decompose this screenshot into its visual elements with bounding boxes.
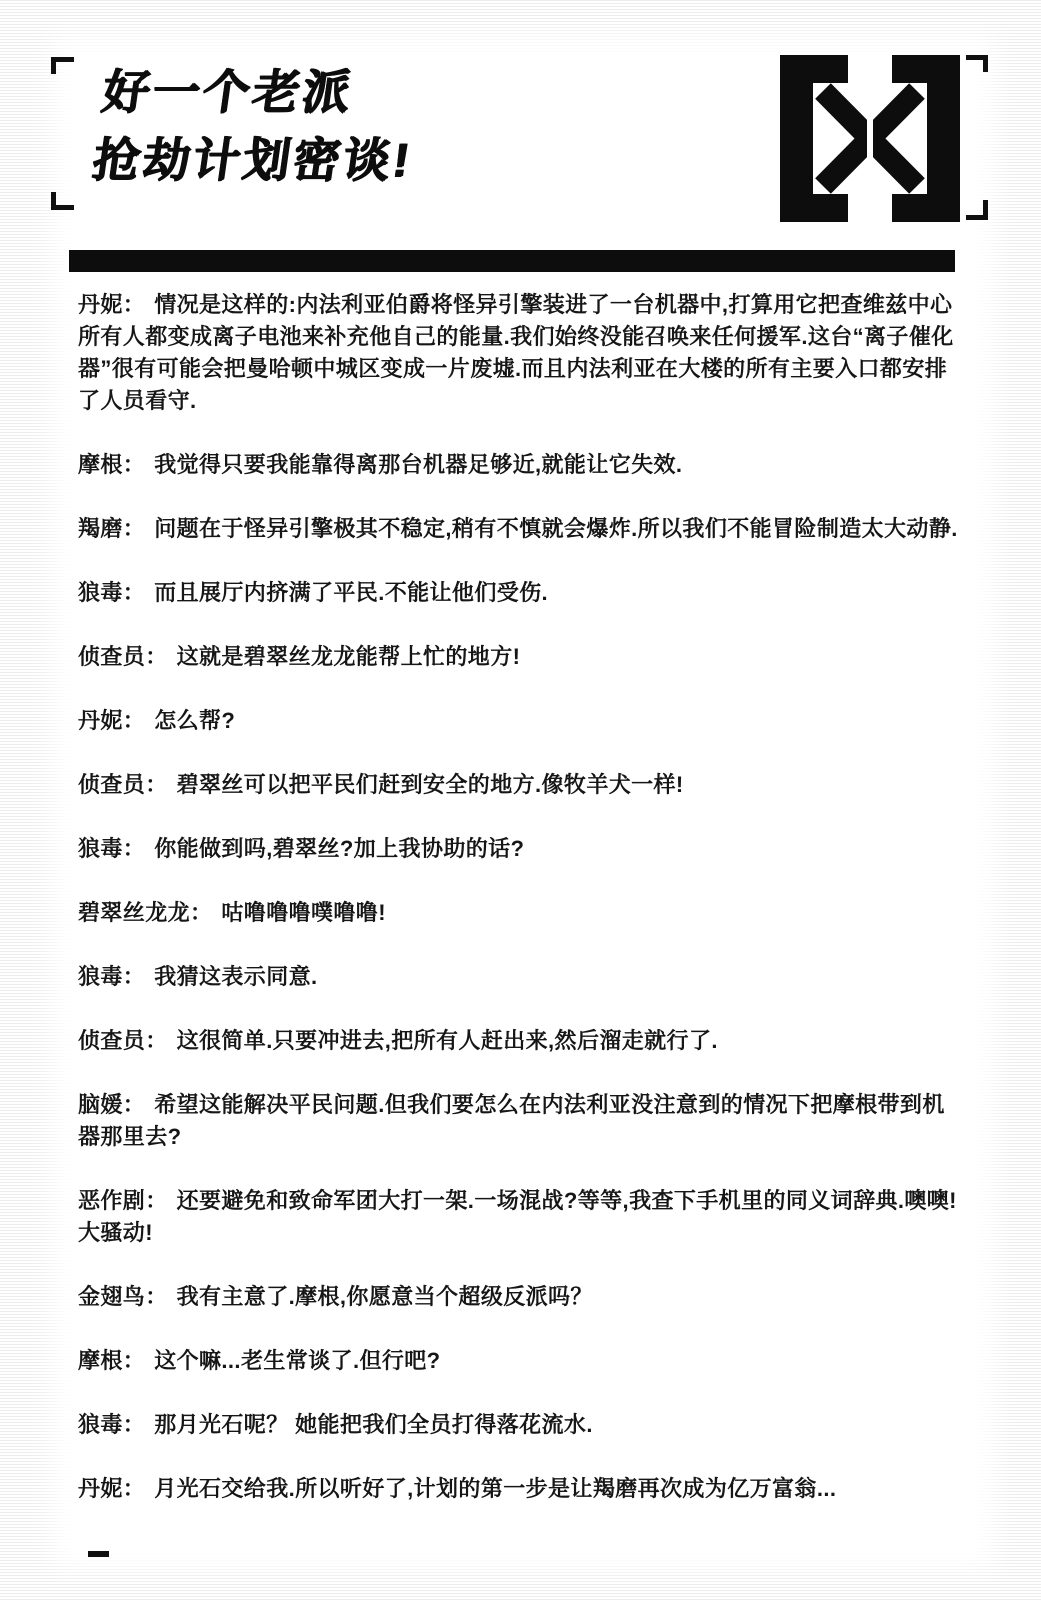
corner-bracket-bottom-left (51, 192, 74, 210)
divider-bar (69, 250, 955, 272)
corner-bracket-bottom-right (966, 200, 988, 220)
page-title: 好一个老派抢劫计划密谈! (88, 58, 426, 194)
dialogue-text: 碧翠丝可以把平民们赶到安全的地方.像牧羊犬一样! (177, 772, 684, 797)
speaker-name: 侦查员： (78, 1028, 168, 1053)
speaker-name: 侦查员： (78, 772, 168, 797)
dialogue-paragraph: 脑媛：希望这能解决平民问题.但我们要怎么在内法利亚没注意到的情况下把摩根带到机器… (78, 1089, 967, 1153)
page-title-line1: 好一个老派 (99, 65, 356, 118)
speaker-name: 狼毒： (78, 836, 145, 861)
dialogue-text: 问题在于怪异引擎极其不稳定,稍有不慎就会爆炸.所以我们不能冒险制造太大动静. (154, 516, 958, 541)
dialogue-text: 你能做到吗,碧翠丝?加上我协助的话? (154, 836, 524, 861)
dialogue-paragraph: 狼毒：我猜这表示同意. (78, 961, 967, 993)
speaker-name: 羯磨： (78, 516, 145, 541)
speaker-name: 狼毒： (78, 580, 145, 605)
dialogue-list: 丹妮：情况是这样的:内法利亚伯爵将怪异引擎装进了一台机器中,打算用它把查维兹中心… (78, 289, 967, 1537)
dialogue-paragraph: 狼毒：你能做到吗,碧翠丝?加上我协助的话? (78, 833, 967, 865)
dialogue-paragraph: 狼毒：那月光石呢？ 她能把我们全员打得落花流水. (78, 1409, 967, 1441)
dialogue-paragraph: 金翅鸟：我有主意了.摩根,你愿意当个超级反派吗？ (78, 1281, 967, 1313)
dialogue-text: 情况是这样的:内法利亚伯爵将怪异引擎装进了一台机器中,打算用它把查维兹中心所有人… (78, 292, 954, 413)
speaker-name: 脑媛： (78, 1092, 145, 1117)
speaker-name: 侦查员： (78, 644, 168, 669)
dialogue-text: 这就是碧翠丝龙龙能帮上忙的地方! (177, 644, 521, 669)
speaker-name: 金翅鸟： (78, 1284, 168, 1309)
speaker-name: 碧翠丝龙龙： (78, 900, 212, 925)
speaker-name: 丹妮： (78, 1476, 145, 1501)
dialogue-paragraph: 狼毒：而且展厅内挤满了平民.不能让他们受伤. (78, 577, 967, 609)
document-page: 好一个老派抢劫计划密谈! 丹妮：情况是这样的:内法利亚伯爵将怪异引擎装进了一台机… (0, 0, 1041, 1600)
dialogue-text: 月光石交给我.所以听好了,计划的第一步是让羯磨再次成为亿万富翁... (154, 1476, 836, 1501)
speaker-name: 恶作剧： (78, 1188, 168, 1213)
dialogue-paragraph: 丹妮：情况是这样的:内法利亚伯爵将怪异引擎装进了一台机器中,打算用它把查维兹中心… (78, 289, 967, 417)
speaker-name: 狼毒： (78, 964, 145, 989)
dialogue-paragraph: 碧翠丝龙龙：咕噜噜噜噗噜噜! (78, 897, 967, 929)
speaker-name: 丹妮： (78, 292, 145, 317)
dialogue-text: 我有主意了.摩根,你愿意当个超级反派吗？ (177, 1284, 593, 1309)
dialogue-text: 我觉得只要我能靠得离那台机器足够近,就能让它失效. (154, 452, 682, 477)
dialogue-text: 那月光石呢？ 她能把我们全员打得落花流水. (154, 1412, 593, 1437)
page-title-line2: 抢劫计划密谈! (89, 133, 415, 186)
dialogue-text: 希望这能解决平民问题.但我们要怎么在内法利亚没注意到的情况下把摩根带到机器那里去… (78, 1092, 945, 1149)
speaker-name: 狼毒： (78, 1412, 145, 1437)
dialogue-paragraph: 侦查员：这很简单.只要冲进去,把所有人赶出来,然后溜走就行了. (78, 1025, 967, 1057)
dialogue-paragraph: 羯磨：问题在于怪异引擎极其不稳定,稍有不慎就会爆炸.所以我们不能冒险制造太大动静… (78, 513, 967, 545)
dialogue-text: 怎么帮? (154, 708, 235, 733)
x-bracket-logo (780, 55, 960, 222)
dialogue-paragraph: 侦查员：这就是碧翠丝龙龙能帮上忙的地方! (78, 641, 967, 673)
dialogue-text: 这很简单.只要冲进去,把所有人赶出来,然后溜走就行了. (177, 1028, 718, 1053)
dialogue-paragraph: 丹妮：怎么帮? (78, 705, 967, 737)
dialogue-text: 咕噜噜噜噗噜噜! (221, 900, 386, 925)
corner-bracket-top-left (51, 57, 74, 74)
footer-dash (88, 1551, 109, 1557)
corner-bracket-top-right (966, 55, 988, 72)
dialogue-paragraph: 丹妮：月光石交给我.所以听好了,计划的第一步是让羯磨再次成为亿万富翁... (78, 1473, 967, 1505)
dialogue-text: 还要避免和致命军团大打一架.一场混战?等等,我查下手机里的同义词辞典.噢噢!大骚… (78, 1188, 957, 1245)
dialogue-text: 而且展厅内挤满了平民.不能让他们受伤. (154, 580, 548, 605)
dialogue-text: 我猜这表示同意. (154, 964, 317, 989)
dialogue-paragraph: 侦查员：碧翠丝可以把平民们赶到安全的地方.像牧羊犬一样! (78, 769, 967, 801)
speaker-name: 摩根： (78, 452, 145, 477)
dialogue-text: 这个嘛...老生常谈了.但行吧? (154, 1348, 440, 1373)
speaker-name: 摩根： (78, 1348, 145, 1373)
dialogue-paragraph: 摩根：这个嘛...老生常谈了.但行吧? (78, 1345, 967, 1377)
speaker-name: 丹妮： (78, 708, 145, 733)
dialogue-paragraph: 恶作剧：还要避免和致命军团大打一架.一场混战?等等,我查下手机里的同义词辞典.噢… (78, 1185, 967, 1249)
dialogue-paragraph: 摩根：我觉得只要我能靠得离那台机器足够近,就能让它失效. (78, 449, 967, 481)
